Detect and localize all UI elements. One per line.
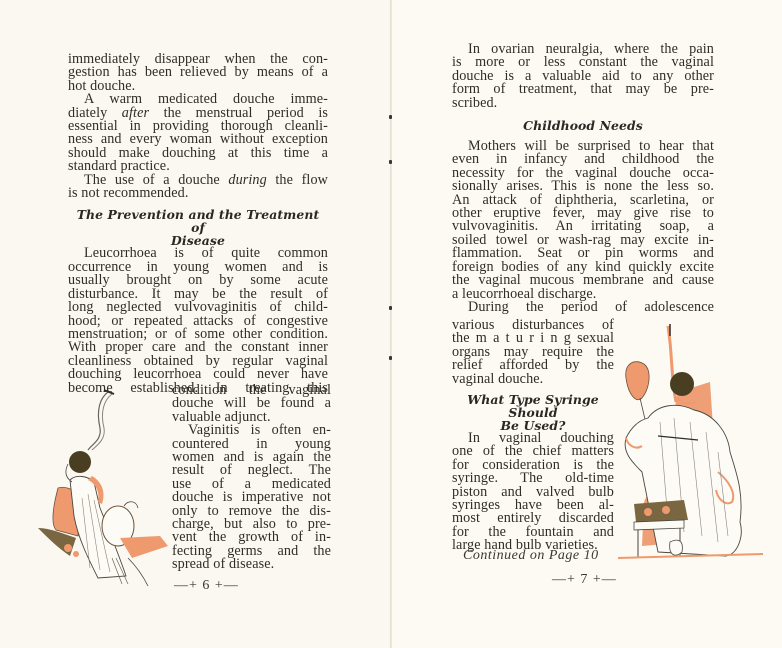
staple-mark [389,160,392,164]
staple-mark [389,356,392,360]
right-body-top: In ovarian neuralgia, where the pain is … [452,43,714,314]
page-number: —+ 6 +— [174,578,239,594]
emphasis-text: during [228,172,266,188]
left-body-top: immediately disappear when the con- gest… [68,53,328,395]
section-heading: Childhood Needs [452,119,714,132]
woman-seated-on-stool-illustration [618,322,763,567]
left-body-narrow: condition the vaginal douche will be fou… [172,384,331,572]
page-number: —+ 7 +— [552,572,617,588]
text-line: During the period of adolescence [452,301,714,314]
woman-seated-with-douche-illustration [28,388,178,588]
staple-mark [389,115,392,119]
right-body-narrow: various disturbances of the m a t u r i … [452,319,614,553]
book-gutter [390,0,392,648]
text-line: scribed. [452,97,714,110]
continued-note: Continued on Page 10 [463,548,599,564]
text-line: is not recommended. [68,187,328,200]
text-line: vaginal douche. [452,373,614,386]
staple-mark [389,306,392,310]
section-heading: The Prevention and the Treatment of [68,208,328,234]
section-heading: What Type Syringe Should [452,393,614,419]
text-line: spread of disease. [172,558,331,571]
